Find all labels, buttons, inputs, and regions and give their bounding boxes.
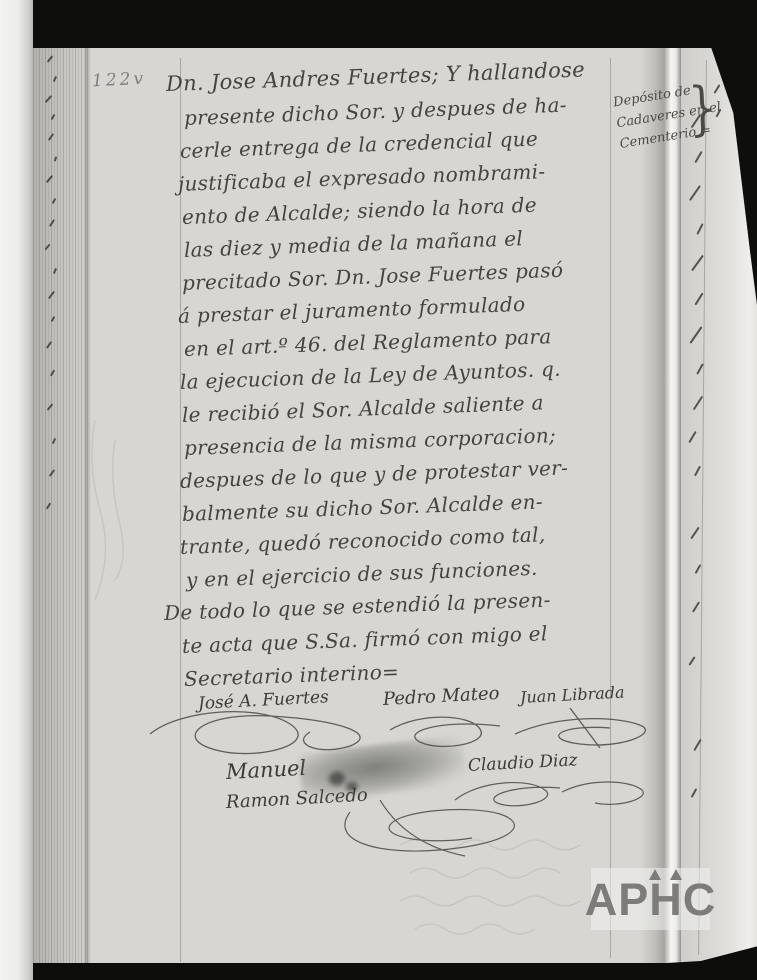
archival-scan-root: 122v Dn. Jose Andres Fuertes; Y hallando… (0, 0, 757, 980)
bleed-through-ghost (400, 835, 610, 955)
background-top (33, 0, 757, 52)
right-margin-line (610, 58, 611, 958)
bleed-through-ghost (85, 420, 175, 600)
watermark-letter-h-towers: H (649, 877, 683, 922)
ink-blot (328, 771, 346, 787)
folio-number: 122v (92, 69, 147, 92)
ink-blot (345, 781, 358, 792)
watermark-letter-p: P (618, 877, 649, 922)
watermark-letter-a: A (585, 877, 619, 922)
margin-note-brace: } (687, 73, 717, 143)
scan-edge-strip (0, 0, 33, 980)
watermark-letter-c: C (683, 877, 717, 922)
aphc-watermark: APHC (591, 868, 710, 930)
book-gutter (33, 48, 90, 966)
